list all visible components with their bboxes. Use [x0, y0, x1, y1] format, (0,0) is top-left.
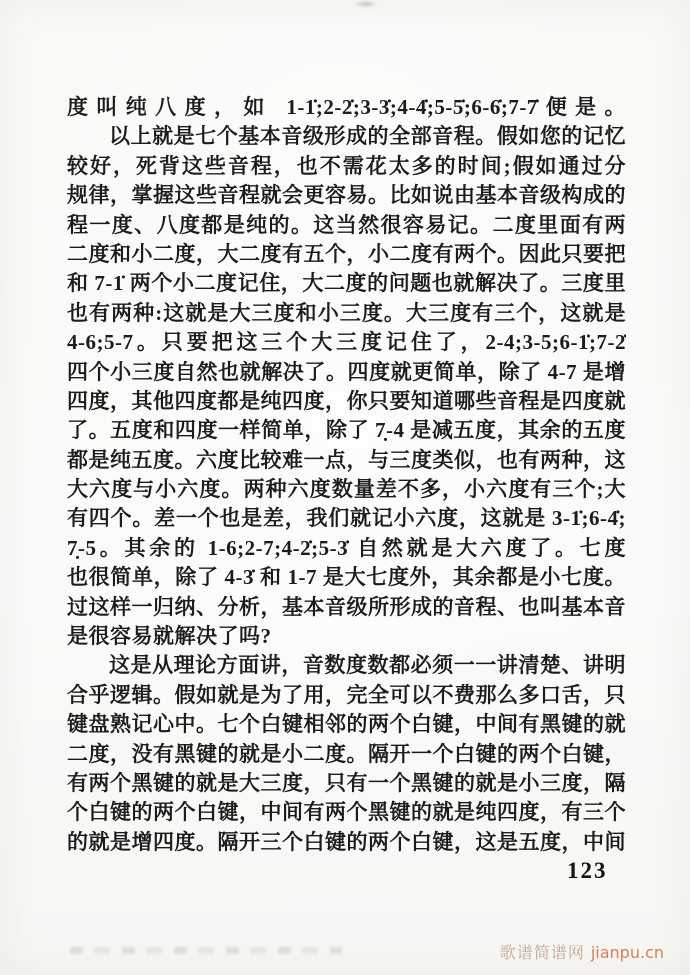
text-line: 过这样一归纳、分析，基本音级所形成的音程、也叫基本音程，不 — [67, 593, 626, 622]
paragraph: 这是从理论方面讲，音数度数都必须一一讲清楚、讲明白，合乎逻辑。假如就是为了用，完… — [67, 651, 626, 857]
watermark-domain: jianpu.cn — [591, 943, 664, 962]
text-line: 也有两种:这就是大三度和小三度。大三度有三个，这就是 1-3; — [67, 299, 626, 328]
text-line: 度叫纯八度，如 1-1̇;2-2̇;3-3̇;4-4̇;5-5̇;6-6̇;7-… — [67, 93, 626, 122]
text-line: 二度和小二度，大二度有五个，小二度有两个。因此只要把 3-4; — [67, 240, 626, 269]
text-line: 都是纯五度。六度比较难一点，与三度类似，也有两种，这就是 — [67, 446, 626, 475]
watermark: 歌谱简谱网jianpu.cn — [500, 940, 664, 963]
text-line: 有两个黑键的就是大三度，只有一个黑键的就是小三度，隔开两 — [67, 769, 626, 798]
text-line: 这是从理论方面讲，音数度数都必须一一讲清楚、讲明白， — [67, 651, 626, 680]
text-line: 也很简单，除了 4-3̇ 和 1-7 是大七度外，其余都是小七度。通 — [67, 563, 626, 592]
text-line: 程一度、八度都是纯的。这当然很容易记。二度里面有两种:大 — [67, 211, 626, 240]
text-line: 了。五度和四度一样简单，除了 7̣-4 是减五度，其余的五度就 — [67, 416, 626, 445]
text-line: 7̣-5。其余的 1-6;2-7;4-2̇;5-3̇ 自然就是大六度了。七度 — [67, 534, 626, 563]
book-page: 度叫纯八度，如 1-1̇;2-2̇;3-3̇;4-4̇;5-5̇;6-6̇;7-… — [0, 0, 690, 975]
text-line: 规律，掌握这些音程就会更容易。比如说由基本音级构成的音 — [67, 181, 626, 210]
body-text: 度叫纯八度，如 1-1̇;2-2̇;3-3̇;4-4̇;5-5̇;6-6̇;7-… — [67, 93, 626, 857]
text-line: 4-6;5-7。只要把这三个大三度记住了，2-4;3-5;6-1̇;7-2̇ — [67, 328, 626, 357]
text-line: 有四个。差一个也是差，我们就记小六度，这就是 3-1̇;6-4̇; — [67, 504, 626, 533]
text-line: 键盘熟记心中。七个白键相邻的两个白键，中间有黑键的就是大 — [67, 710, 626, 739]
text-line: 二度，没有黑键的就是小二度。隔开一个白键的两个白键，中间 — [67, 740, 626, 769]
paragraph: 以上就是七个基本音级形成的全部音程。假如您的记忆力较好，死背这些音程，也不需花太… — [67, 122, 626, 651]
paragraph: 度叫纯八度，如 1-1̇;2-2̇;3-3̇;4-4̇;5-5̇;6-6̇;7-… — [67, 93, 626, 122]
text-line: 个白键的两个白键，中间有两个黑键的就是纯四度，有三个黑键 — [67, 798, 626, 827]
text-line: 和 7-1̇ 两个小二度记住，大二度的问题也就解决了。三度里面 — [67, 269, 626, 298]
text-line: 合乎逻辑。假如就是为了用，完全可以不费那么多口舌，只要把 — [67, 681, 626, 710]
scan-noise-strip — [70, 947, 342, 954]
text-line: 大六度与小六度。两种六度数量差不多，小六度有三个;大六度 — [67, 475, 626, 504]
text-line: 的就是增四度。隔开三个白键的两个白键，这是五度，中间有三 — [67, 828, 626, 857]
text-line: 四度，其他四度都是纯四度，你只要知道哪些音程是四度就行 — [67, 387, 626, 416]
text-line: 四个小三度自然也就解决了。四度就更简单，除了 4-7 是增 — [67, 358, 626, 387]
scan-smudge — [354, 0, 378, 8]
text-line: 是很容易就解决了吗? — [67, 622, 626, 651]
text-line: 较好，死背这些音程，也不需花太多的时间;假如通过分析，找出 — [67, 152, 626, 181]
text-line: 以上就是七个基本音级形成的全部音程。假如您的记忆力 — [67, 122, 626, 151]
watermark-site-name: 歌谱简谱网 — [500, 943, 585, 962]
page-number: 123 — [567, 858, 637, 884]
